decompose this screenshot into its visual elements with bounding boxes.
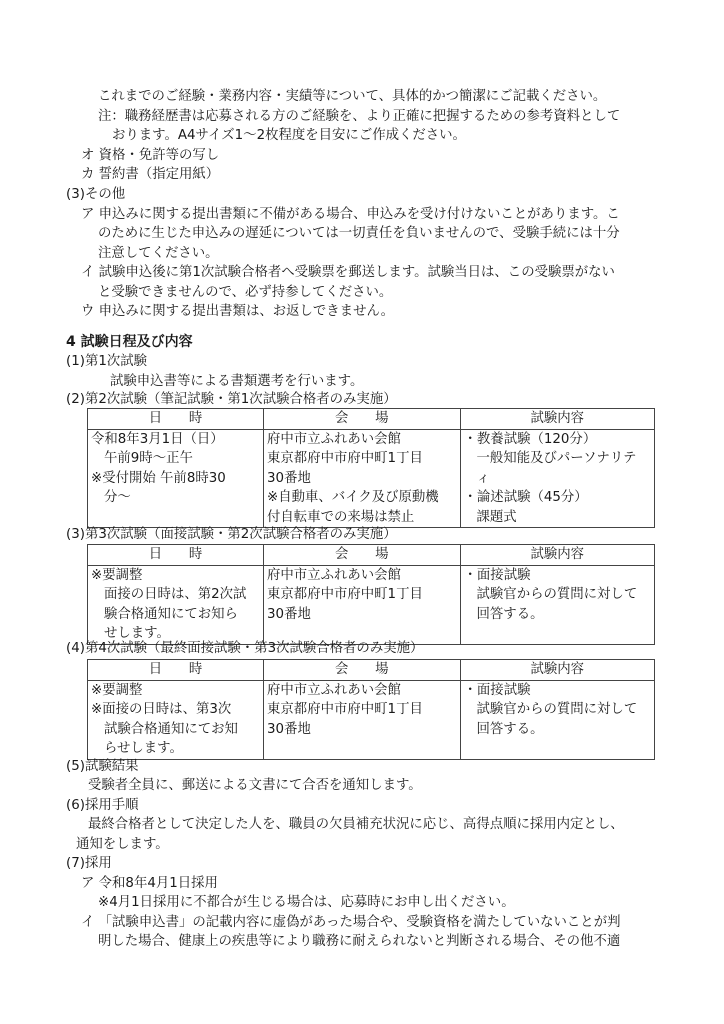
other-i-line-1: イ 試験申込後に第1次試験合格者へ受験票を郵送します。試験当日は、この受験票がな… (81, 263, 615, 283)
cell-text: 東京都府中市府中町1丁目 (267, 585, 457, 605)
content-cell: ・面接試験 試験官からの質問に対して 回答する。 (460, 565, 654, 644)
other-a-line-3: 注意してください。 (98, 244, 219, 264)
cell-text: 30番地 (267, 605, 457, 625)
exam-result-title: (5)試験結果 (66, 757, 139, 777)
header-content: 試験内容 (460, 660, 654, 681)
exam-4-title: (4)第4次試験（最終面接試験・第3次試験合格者のみ実施） (66, 639, 423, 659)
cell-text: 30番地 (267, 720, 457, 740)
cell-text: 面接の日時は、第2次試 (91, 585, 260, 605)
exam-1-title: (1)第1次試験 (66, 352, 147, 372)
note-line-1: 注：職務経歴書は応募される方のご経験を、より正確に把握するための参考資料として (98, 107, 620, 127)
cell-text: 府中市立ふれあい会館 (267, 430, 457, 450)
cell-text: 府中市立ふれあい会館 (267, 681, 457, 701)
cell-text: ・論述試験（45分） (464, 488, 651, 508)
cell-text: 府中市立ふれあい会館 (267, 566, 457, 586)
cell-text: ィ (464, 469, 651, 489)
datetime-cell: ※要調整 面接の日時は、第2次試 験合格通知にてお知ら せします。 (88, 565, 264, 644)
other-a-line-2: のために生じた申込みの遅延については一切責任を負いませんので、受験手続には十分 (98, 224, 620, 244)
hiring-i-line-1: イ 「試験申込書」の記載内容に虚偽があった場合や、受験資格を満たしていないことが… (81, 913, 620, 933)
cell-text: 分～ (91, 488, 260, 508)
exam-result-body: 受験者全員に、郵送による文書にて合否を通知します。 (88, 776, 422, 796)
header-datetime: 日 時 (88, 409, 264, 430)
cell-text: 一般知能及びパーソナリテ (464, 449, 651, 469)
hiring-procedure-title: (6)採用手順 (66, 796, 139, 816)
table-row: ※要調整 面接の日時は、第2次試 験合格通知にてお知ら せします。 府中市立ふれ… (88, 565, 655, 644)
table-header-row: 日 時 会 場 試験内容 (88, 660, 655, 681)
header-venue: 会 場 (264, 409, 461, 430)
cell-text: らせします。 (91, 739, 260, 759)
table-row: ※要調整 ※面接の日時は、第3次 試験合格通知にてお知 らせします。 府中市立ふ… (88, 680, 655, 759)
hiring-procedure-body-2: 通知をします。 (76, 835, 169, 855)
hiring-i-line-2: 明した場合、健康上の疾患等により職務に耐えられないと判断される場合、その他不適 (98, 932, 620, 952)
cell-text: 回答する。 (464, 720, 651, 740)
exam-3-title: (3)第3次試験（面接試験・第2次試験合格者のみ実施） (66, 525, 397, 545)
cell-text: ※受付開始 午前8時30 (91, 469, 260, 489)
cell-text: 東京都府中市府中町1丁目 (267, 700, 457, 720)
cell-text: 試験官からの質問に対して (464, 700, 651, 720)
header-datetime: 日 時 (88, 660, 264, 681)
cell-text: 令和8年3月1日（日） (91, 430, 260, 450)
cell-text: 午前9時～正午 (91, 449, 260, 469)
hiring-a-date: ア 令和8年4月1日採用 (81, 874, 218, 894)
hiring-title: (7)採用 (66, 854, 112, 874)
cell-text: ※要調整 (91, 681, 260, 701)
datetime-cell: 令和8年3月1日（日） 午前9時～正午 ※受付開始 午前8時30 分～ (88, 429, 264, 528)
cell-text: 験合格通知にてお知ら (91, 605, 260, 625)
cell-text: ※要調整 (91, 566, 260, 586)
exam-2-title: (2)第2次試験（筆記試験・第1次試験合格者のみ実施） (66, 390, 397, 410)
venue-cell: 府中市立ふれあい会館 東京都府中市府中町1丁目 30番地 (264, 680, 461, 759)
cell-text: ※面接の日時は、第3次 (91, 700, 260, 720)
cell-text: ・面接試験 (464, 566, 651, 586)
exam-2-table: 日 時 会 場 試験内容 令和8年3月1日（日） 午前9時～正午 ※受付開始 午… (87, 408, 655, 528)
table-header-row: 日 時 会 場 試験内容 (88, 545, 655, 566)
cell-text: 試験官からの質問に対して (464, 585, 651, 605)
header-content: 試験内容 (460, 409, 654, 430)
section-4-heading: 4 試験日程及び内容 (66, 333, 193, 353)
other-a-line-1: ア 申込みに関する提出書類に不備がある場合、申込みを受け付けないことがあります。… (81, 205, 620, 225)
header-content: 試験内容 (460, 545, 654, 566)
exam-1-body: 試験申込書等による書類選考を行います。 (110, 372, 363, 392)
hiring-a-note: ※4月1日採用に不都合が生じる場合は、応募時にお申し出ください。 (98, 893, 515, 913)
header-venue: 会 場 (264, 660, 461, 681)
cell-text: ・教養試験（120分） (464, 430, 651, 450)
exam-3-table: 日 時 会 場 試験内容 ※要調整 面接の日時は、第2次試 験合格通知にてお知ら… (87, 544, 655, 645)
note-line-2: おります。A4サイズ1～2枚程度を目安にご作成ください。 (112, 126, 466, 146)
cell-text: 東京都府中市府中町1丁目 (267, 449, 457, 469)
section-3-title: (3)その他 (66, 185, 125, 205)
item-ka-pledge: カ 誓約書（指定用紙） (81, 165, 219, 185)
exam-4-table: 日 時 会 場 試験内容 ※要調整 ※面接の日時は、第3次 試験合格通知にてお知… (87, 659, 655, 760)
other-i-line-2: と受験できませんので、必ず持参してください。 (98, 283, 392, 303)
content-cell: ・教養試験（120分） 一般知能及びパーソナリテ ィ ・論述試験（45分） 課題… (460, 429, 654, 528)
cell-text: 回答する。 (464, 605, 651, 625)
header-datetime: 日 時 (88, 545, 264, 566)
cell-text: 試験合格通知にてお知 (91, 720, 260, 740)
venue-cell: 府中市立ふれあい会館 東京都府中市府中町1丁目 30番地 (264, 565, 461, 644)
cell-text: ・面接試験 (464, 681, 651, 701)
cell-text: ※自動車、バイク及び原動機 (267, 488, 457, 508)
career-description-text: これまでのご経験・業務内容・実績等について、具体的かつ簡潔にご記載ください。 (98, 87, 606, 107)
cell-text: 30番地 (267, 469, 457, 489)
venue-cell: 府中市立ふれあい会館 東京都府中市府中町1丁目 30番地 ※自動車、バイク及び原… (264, 429, 461, 528)
datetime-cell: ※要調整 ※面接の日時は、第3次 試験合格通知にてお知 らせします。 (88, 680, 264, 759)
cell-text: 課題式 (464, 508, 651, 528)
other-u-line-1: ウ 申込みに関する提出書類は、お返しできません。 (81, 302, 394, 322)
table-header-row: 日 時 会 場 試験内容 (88, 409, 655, 430)
hiring-procedure-body-1: 最終合格者として決定した人を、職員の欠員補充状況に応じ、高得点順に採用内定とし、 (88, 815, 624, 835)
header-venue: 会 場 (264, 545, 461, 566)
item-o-qualification-copy: オ 資格・免許等の写し (81, 146, 219, 166)
content-cell: ・面接試験 試験官からの質問に対して 回答する。 (460, 680, 654, 759)
table-row: 令和8年3月1日（日） 午前9時～正午 ※受付開始 午前8時30 分～ 府中市立… (88, 429, 655, 528)
